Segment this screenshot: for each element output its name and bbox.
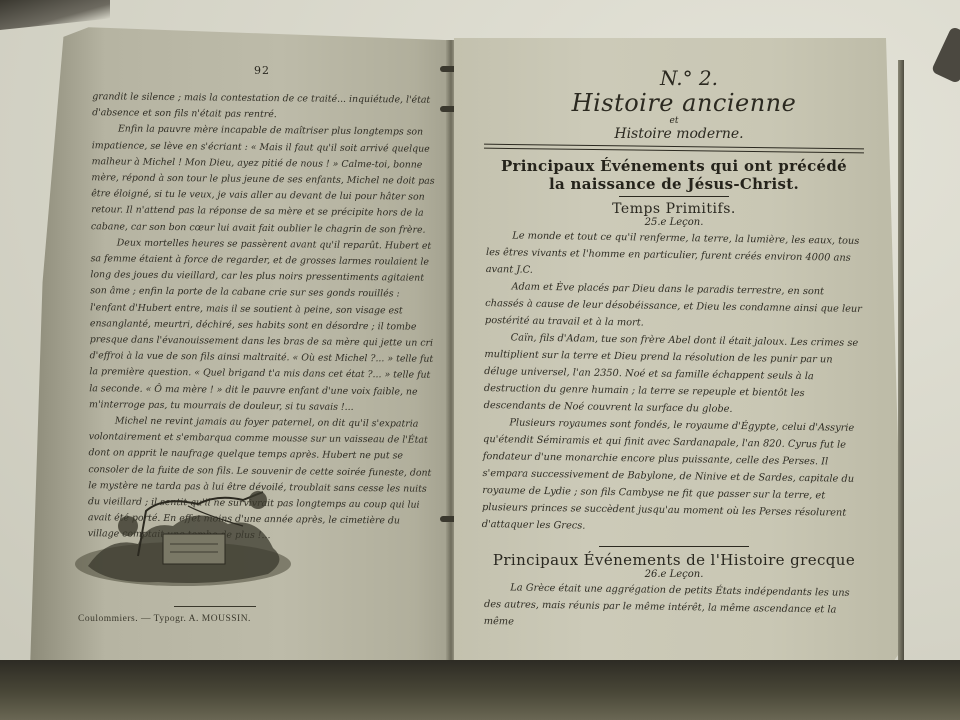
right-page-handwriting: Le monde et tout ce qu'il renferme, la t… [482,227,867,539]
bottom-shadow [0,660,960,720]
colophon-rule [174,606,256,607]
section-greek-history: Principaux Événements de l'Histoire grec… [484,546,864,633]
double-rule [484,144,864,154]
printer-colophon: Coulommiers. — Typogr. A. MOUSSIN. [78,614,398,624]
section2-handwriting: La Grèce était une aggrégation de petits… [484,579,865,636]
paragraph: Caïn, fils d'Adam, tue son frère Abel do… [483,329,864,420]
paragraph: grandit le silence ; mais la contestatio… [92,89,436,125]
lesson-label: 26.e Leçon. [484,569,864,580]
paragraph: Adam et Ève placés par Dieu dans le para… [485,278,866,335]
heading-underline [619,196,729,197]
lesson-label: 25.e Leçon. [484,217,864,228]
title-block: N.° 2. Histoire ancienne et Histoire mod… [484,66,864,142]
title-conjunction: et [484,116,864,126]
tomb-engraving-illustration [68,486,298,596]
section-heading: Principaux Événements de l'Histoire grec… [484,551,864,569]
notebook-number: N.° 2. [514,66,864,90]
paragraph: La Grèce était une aggrégation de petits… [484,579,865,636]
left-page-handwriting: grandit le silence ; mais la contestatio… [88,89,437,546]
subheading: Temps Primitifs. [484,201,864,217]
page-stack-edge [898,60,904,672]
right-page: N.° 2. Histoire ancienne et Histoire mod… [454,38,904,672]
paragraph: Deux mortelles heures se passèrent avant… [89,235,435,417]
left-page: 92 grandit le silence ; mais la contesta… [30,24,448,670]
page-number: 92 [90,64,434,77]
section-rule [599,546,749,547]
section-heading: Principaux Événements qui ont précédé la… [484,157,864,193]
paragraph: Plusieurs royaumes sont fondés, le royau… [482,414,864,539]
page-title: Histoire ancienne [504,90,864,116]
paragraph: Le monde et tout ce qu'il renferme, la t… [486,227,867,284]
open-notebook: 92 grandit le silence ; mais la contesta… [30,20,930,680]
page-subtitle: Histoire moderne. [494,126,864,142]
paragraph: Enfin la pauvre mère incapable de maîtri… [91,122,436,239]
